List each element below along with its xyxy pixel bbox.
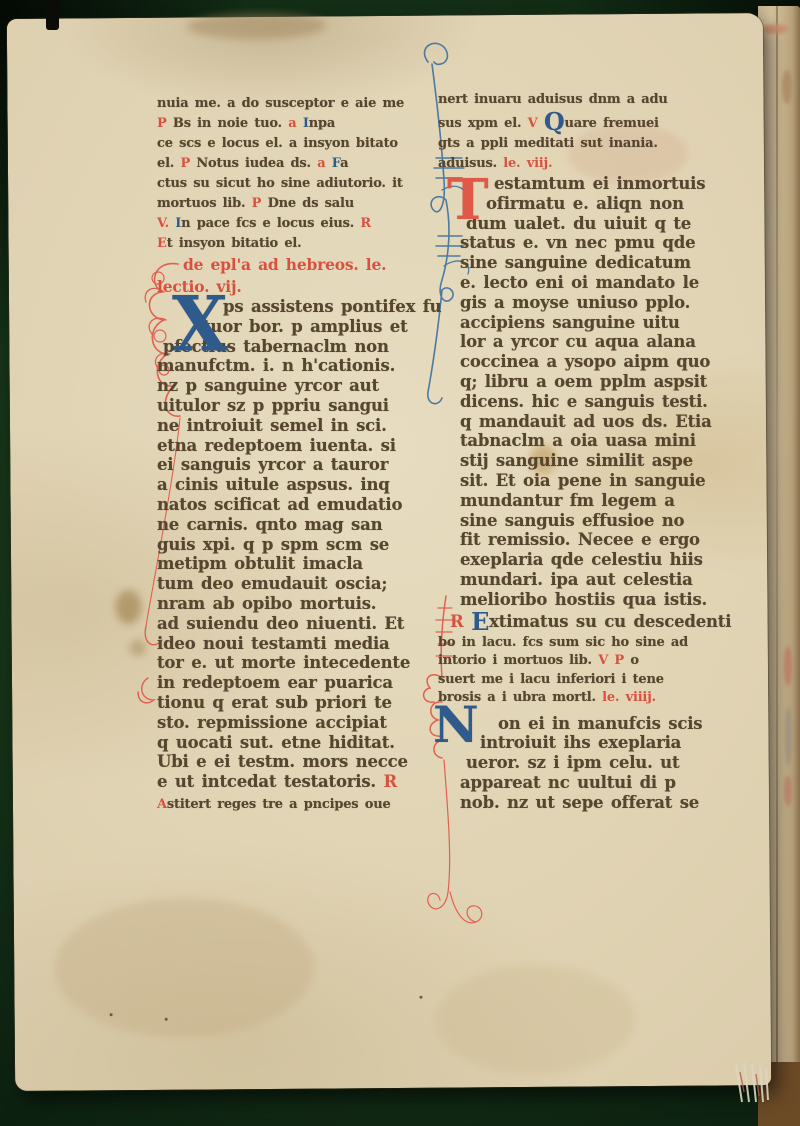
- text-line: bo in lacu. fcs sum sic ho sine ad: [438, 634, 764, 653]
- ink-text: appareat nc uultui di p: [460, 773, 676, 792]
- text-line: in redeptoem ear puarica: [157, 673, 449, 693]
- rubricated-text: a: [288, 116, 303, 131]
- rubricated-text: V.: [157, 216, 175, 231]
- ink-text: lor a yrcor cu aqua alana: [460, 332, 696, 351]
- ink-text: npa: [309, 116, 335, 131]
- dropcap-T-initial: T: [447, 172, 489, 228]
- ink-text: stitert reges tre a pncipes oue: [167, 797, 391, 812]
- book-clamp-strap: [46, 0, 59, 30]
- text-line: stij sanguine similit aspe: [438, 451, 764, 471]
- ink-text: sus xpm el.: [438, 116, 528, 131]
- fore-edge-stain: [782, 70, 792, 104]
- text-line: nram ab opibo mortuis.: [157, 594, 449, 614]
- ink-text: exeplaria qde celestiu hiis: [460, 550, 703, 569]
- rubricated-text: R: [450, 612, 471, 631]
- text-line: mundantur fm legem a: [438, 491, 764, 511]
- text-line: e ut intcedat testatoris. R: [157, 772, 449, 792]
- text-line: tionu q erat sub priori te: [157, 693, 449, 713]
- ink-text: n pace fcs e locus eius.: [181, 216, 360, 231]
- rubricated-text: P: [252, 196, 268, 211]
- ink-text: ne introiuit semel in sci.: [157, 416, 387, 435]
- ink-text: a cinis uitule aspsus. inq: [157, 475, 390, 494]
- ink-text: coccinea a ysopo aipm quo: [460, 352, 710, 371]
- text-line: ideo noui testamti media: [157, 634, 449, 654]
- speck: [110, 1013, 113, 1016]
- text-line: q; libru a oem pplm aspsit: [438, 372, 764, 392]
- text-line: introiuit ihs exeplaria: [438, 733, 764, 753]
- ink-text: xtimatus su cu descedenti: [489, 612, 731, 631]
- showthrough-red-text: [784, 776, 792, 806]
- ink-text: dum ualet. du uiuit q te: [466, 214, 691, 233]
- text-line: e. lecto eni oi mandato le: [438, 273, 764, 293]
- ink-text: in redeptoem ear puarica: [157, 673, 393, 692]
- ink-text: e ut intcedat testatoris.: [157, 772, 384, 791]
- ink-text: ctus su sicut ho sine adiutorio. it: [157, 176, 403, 191]
- rubricated-text: P: [180, 156, 196, 171]
- rubricated-text: le. viij.: [503, 156, 552, 171]
- ink-text: accipiens sanguine uitu: [460, 313, 680, 332]
- text-line: ueror. sz i ipm celu. ut: [438, 753, 764, 773]
- text-line: ei sanguis yrcor a tauror: [157, 455, 449, 475]
- ink-text: Notus iudea ds.: [196, 156, 317, 171]
- ink-text: tor e. ut morte intecedente: [157, 653, 410, 672]
- ink-text: ce scs e locus el. a insyon bitato: [157, 136, 398, 151]
- ink-text: metipm obtulit imacla: [157, 554, 363, 573]
- left-text-column: nuia me. a do susceptor e aie meP Bs in …: [157, 94, 449, 815]
- text-line: nob. nz ut sepe offerat se: [438, 793, 764, 813]
- text-line: ce scs e locus el. a insyon bitato: [157, 134, 449, 154]
- frayed-threads: [732, 1062, 772, 1108]
- text-line: Et insyon bitatio el.: [157, 234, 449, 254]
- rubricated-text: V: [528, 116, 544, 131]
- ink-text: ne carnis. qnto mag san: [157, 515, 382, 534]
- speck: [165, 1018, 168, 1021]
- ink-text: status e. vn nec pmu qde: [460, 233, 695, 252]
- rubricated-text: E: [157, 236, 167, 251]
- ink-text: on ei in manufcis scis: [498, 714, 702, 733]
- ink-text: bo in lacu. fcs sum sic ho sine ad: [438, 635, 688, 650]
- ink-text: ueror. sz i ipm celu. ut: [466, 753, 679, 772]
- ink-text: nram ab opibo mortuis.: [157, 594, 376, 613]
- text-line: tum deo emudauit oscia;: [157, 574, 449, 594]
- ink-text: nuia me. a do susceptor e aie me: [157, 96, 404, 111]
- text-line: fit remissio. Necee e ergo: [438, 530, 764, 550]
- ink-text: ofirmatu e. aliqn non: [486, 194, 684, 213]
- dropcap-X-initial: X: [172, 286, 228, 362]
- text-line: mortuos lib. P Dne ds salu: [157, 194, 449, 214]
- ink-text: gts a ppli meditati sut inania.: [438, 136, 658, 151]
- text-line: suert me i lacu inferiori i tene: [438, 671, 764, 690]
- ink-text: sit. Et oia pene in sanguie: [460, 471, 705, 490]
- ink-text: uitulor sz p ppriu sangui: [157, 396, 389, 415]
- text-line: lor a yrcor cu aqua alana: [438, 332, 764, 352]
- text-line: Ubi e ei testm. mors necce: [157, 752, 449, 772]
- rubricated-text: a: [317, 156, 332, 171]
- ink-text: e. lecto eni oi mandato le: [460, 273, 699, 292]
- ink-text: q mandauit ad uos ds. Etia: [460, 412, 712, 431]
- text-line: gts a ppli meditati sut inania.: [438, 134, 764, 154]
- fore-edge-stain: [762, 24, 788, 34]
- stain: [434, 964, 635, 1076]
- ink-text: o: [630, 653, 638, 668]
- text-line: Astitert reges tre a pncipes oue: [157, 795, 449, 815]
- ink-text: guis xpi. q p spm scm se: [157, 535, 389, 554]
- ink-text: Bs in noie tuo.: [173, 116, 288, 131]
- text-line: metipm obtulit imacla: [157, 554, 449, 574]
- stain: [187, 12, 327, 39]
- ink-text: nert inuaru aduisus dnm a adu: [438, 92, 668, 107]
- rubricated-text: de epl'a ad hebreos. le.: [183, 255, 386, 274]
- text-line: exeplaria qde celestiu hiis: [438, 550, 764, 570]
- ink-text: ideo noui testamti media: [157, 634, 390, 653]
- blue-initial-text: Q: [544, 107, 565, 136]
- ink-text: sine sanguis effusioe no: [460, 511, 684, 530]
- text-line: q mandauit ad uos ds. Etia: [438, 412, 764, 432]
- text-line: nuia me. a do susceptor e aie me: [157, 94, 449, 114]
- ink-text: nob. nz ut sepe offerat se: [460, 793, 699, 812]
- ink-text: tabnaclm a oia uasa mini: [460, 431, 696, 450]
- ink-text: uare fremuei: [565, 116, 659, 131]
- rubricated-text: le. viiij.: [602, 690, 656, 705]
- ink-text: fit remissio. Necee e ergo: [460, 530, 700, 549]
- text-line: sus xpm el. V Quare fremuei: [438, 110, 764, 134]
- ink-text: gis a moyse uniuso pplo.: [460, 293, 690, 312]
- ink-text: tuor bor. p amplius et: [203, 317, 408, 336]
- ink-text: natos scificat ad emudatio: [157, 495, 402, 514]
- text-line: status e. vn nec pmu qde: [438, 233, 764, 253]
- photograph-backdrop: X T N nuia me. a do susceptor e aie meP …: [0, 0, 800, 1126]
- text-line: coccinea a ysopo aipm quo: [438, 352, 764, 372]
- text-line: R Extimatus su cu descedenti: [438, 610, 764, 634]
- text-line: nz p sanguine yrcor aut: [157, 376, 449, 396]
- text-line: P Bs in noie tuo. a Inpa: [157, 114, 449, 134]
- ink-text: Dne ds salu: [268, 196, 354, 211]
- text-line: nert inuaru aduisus dnm a adu: [438, 90, 764, 110]
- speck: [419, 996, 422, 999]
- text-line: mundari. ipa aut celestia: [438, 570, 764, 590]
- ink-text: ei sanguis yrcor a tauror: [157, 455, 388, 474]
- blue-initial-text: F: [332, 156, 340, 171]
- ink-text: q; libru a oem pplm aspsit: [460, 372, 707, 391]
- ink-text: Ubi e ei testm. mors necce: [157, 752, 408, 771]
- ink-text: ps assistens pontifex fu: [223, 297, 441, 316]
- ink-text: q uocati sut. etne hiditat.: [157, 733, 395, 752]
- text-line: ctus su sicut ho sine adiutorio. it: [157, 174, 449, 194]
- ink-text: stij sanguine similit aspe: [460, 451, 693, 470]
- ink-text: mundantur fm legem a: [460, 491, 675, 510]
- ink-text: nz p sanguine yrcor aut: [157, 376, 379, 395]
- ink-text: sine sanguine dedicatum: [460, 253, 691, 272]
- stain: [54, 897, 315, 1039]
- text-line: sine sanguis effusioe no: [438, 511, 764, 531]
- text-line: ne carnis. qnto mag san: [157, 515, 449, 535]
- text-line: tor e. ut morte intecedente: [157, 653, 449, 673]
- text-line: dicens. hic e sanguis testi.: [438, 392, 764, 412]
- rubricated-text: R: [360, 216, 371, 231]
- ink-text: tionu q erat sub priori te: [157, 693, 392, 712]
- ink-text: suert me i lacu inferiori i tene: [438, 672, 664, 687]
- ink-text: el.: [157, 156, 180, 171]
- text-line: on ei in manufcis scis: [438, 714, 764, 734]
- dropcap-N-initial: N: [433, 700, 479, 750]
- text-line: ne introiuit semel in sci.: [157, 416, 449, 436]
- text-line: V. In pace fcs e locus eius. R: [157, 214, 449, 234]
- text-line: etna redeptoem iuenta. si: [157, 436, 449, 456]
- text-line: ad suiendu deo niuenti. Et: [157, 614, 449, 634]
- text-line: uitulor sz p ppriu sangui: [157, 396, 449, 416]
- ink-text: dicens. hic e sanguis testi.: [460, 392, 708, 411]
- ink-text: a: [340, 156, 348, 171]
- text-line: de epl'a ad hebreos. le.: [157, 254, 449, 276]
- text-line: sit. Et oia pene in sanguie: [438, 471, 764, 491]
- ink-text: sto. repmissione accipiat: [157, 713, 387, 732]
- text-line: brosis a i ubra mortl. le. viiij.: [438, 689, 764, 708]
- showthrough-ink-text: [785, 706, 792, 766]
- ink-text: mortuos lib.: [157, 196, 252, 211]
- showthrough-red-text: [784, 646, 792, 686]
- ink-text: introiuit ihs exeplaria: [480, 733, 681, 752]
- ink-text: t insyon bitatio el.: [167, 236, 302, 251]
- text-line: a cinis uitule aspsus. inq: [157, 475, 449, 495]
- text-line: el. P Notus iudea ds. a Fa: [157, 154, 449, 174]
- text-line: gis a moyse uniuso pplo.: [438, 293, 764, 313]
- ink-text: tum deo emudauit oscia;: [157, 574, 387, 593]
- ink-text: melioribo hostiis qua istis.: [460, 590, 707, 609]
- text-line: sto. repmissione accipiat: [157, 713, 449, 733]
- text-line: sine sanguine dedicatum: [438, 253, 764, 273]
- text-line: natos scificat ad emudatio: [157, 495, 449, 515]
- ink-text: etna redeptoem iuenta. si: [157, 436, 396, 455]
- ink-text: ad suiendu deo niuenti. Et: [157, 614, 404, 633]
- rubricated-text: V P: [598, 653, 630, 668]
- rubricated-text: A: [157, 797, 167, 812]
- rubricated-text: R: [384, 772, 398, 791]
- rubricated-text: P: [157, 116, 173, 131]
- text-line: appareat nc uultui di p: [438, 773, 764, 793]
- blue-initial-text: E: [471, 607, 489, 636]
- ink-text: intorio i mortuos lib.: [438, 653, 598, 668]
- text-line: intorio i mortuos lib. V P o: [438, 652, 764, 671]
- text-line: guis xpi. q p spm scm se: [157, 535, 449, 555]
- text-line: accipiens sanguine uitu: [438, 313, 764, 333]
- stain: [40, 408, 131, 559]
- ink-text: estamtum ei inmortuis: [494, 174, 705, 193]
- text-line: q uocati sut. etne hiditat.: [157, 733, 449, 753]
- fore-edge-crease: [776, 6, 778, 1098]
- ink-text: mundari. ipa aut celestia: [460, 570, 693, 589]
- text-line: tabnaclm a oia uasa mini: [438, 431, 764, 451]
